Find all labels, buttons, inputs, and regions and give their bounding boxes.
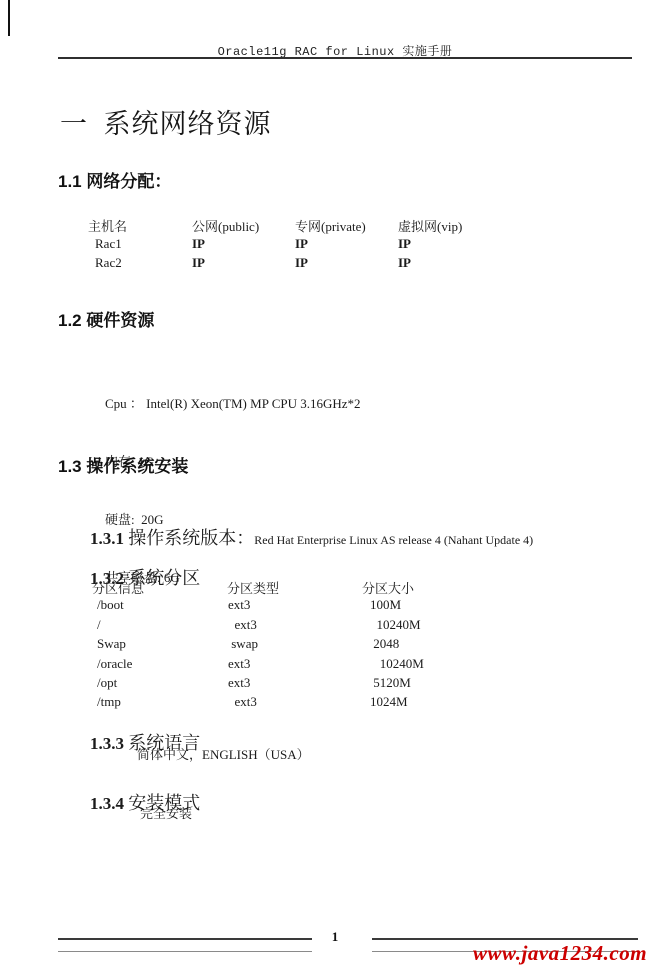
part-cell-name: /oracle [90, 656, 225, 675]
system-language-value: 简体中文，ENGLISH（USA） [137, 744, 310, 763]
subsection-number: 1.3.3 [90, 734, 128, 753]
section-heading-1-1: 1.1 网络分配： [58, 167, 171, 192]
part-cell-name: /boot [90, 597, 225, 616]
net-cell-public-ip: IP [192, 236, 295, 256]
part-cell-name: Swap [90, 636, 225, 655]
part-cell-size: 10240M [360, 656, 510, 675]
network-allocation-table: 主机名 公网(public) 专网(private) 虚拟网(vip) Rac1… [88, 216, 478, 275]
net-col-header-public: 公网(public) [192, 216, 295, 236]
net-cell-private-ip: IP [295, 255, 398, 275]
install-mode-value: 完全安装 [140, 803, 192, 822]
net-cell-private-ip: IP [295, 236, 398, 256]
section-heading-1-2: 1.2 硬件资源 [58, 306, 154, 331]
net-cell-vip-ip: IP [398, 236, 478, 256]
part-cell-size: 2048 [360, 636, 510, 655]
part-cell-name: /opt [90, 675, 225, 694]
part-cell-size: 1024M [360, 694, 510, 713]
part-cell-type: ext3 [225, 617, 360, 636]
part-cell-type: ext3 [225, 694, 360, 713]
partition-table: 分区信息 分区类型 分区大小 /boot ext3 100M / ext3 10… [90, 578, 510, 714]
hardware-item-cpu: Cpu ： Intel(R) Xeon(TM) MP CPU 3.16GHz*2 [105, 394, 361, 413]
scan-artifact-line [8, 0, 10, 36]
net-col-header-vip: 虚拟网(vip) [398, 216, 478, 236]
part-col-header-type: 分区类型 [225, 578, 360, 597]
part-col-header-info: 分区信息 [90, 578, 225, 597]
part-cell-size: 100M [360, 597, 510, 616]
part-cell-name: / [90, 617, 225, 636]
part-cell-size: 10240M [360, 617, 510, 636]
part-cell-type: swap [225, 636, 360, 655]
header-rule [58, 57, 632, 59]
section-heading-1-3: 1.3 操作系统安装 [58, 452, 188, 477]
part-cell-type: ext3 [225, 675, 360, 694]
subsection-heading-1-3-1: 1.3.1 操作系统版本：Red Hat Enterprise Linux AS… [82, 506, 533, 550]
net-cell-host: Rac1 [88, 236, 192, 256]
net-col-header-private: 专网(private) [295, 216, 398, 236]
net-col-header-host: 主机名 [88, 216, 192, 236]
net-cell-public-ip: IP [192, 255, 295, 275]
subsection-number: 1.3.4 [90, 794, 128, 813]
part-col-header-size: 分区大小 [360, 578, 510, 597]
os-version-value: Red Hat Enterprise Linux AS release 4 (N… [254, 533, 533, 547]
part-cell-type: ext3 [225, 597, 360, 616]
net-cell-vip-ip: IP [398, 255, 478, 275]
part-cell-type: ext3 [225, 656, 360, 675]
part-cell-size: 5120M [360, 675, 510, 694]
chapter-title: 一 系统网络资源 [60, 102, 272, 141]
net-cell-host: Rac2 [88, 255, 192, 275]
footer-rule-thin-left [58, 951, 312, 952]
watermark-url: www.java1234.com [473, 941, 647, 966]
subsection-title: 操作系统版本： [128, 528, 254, 548]
